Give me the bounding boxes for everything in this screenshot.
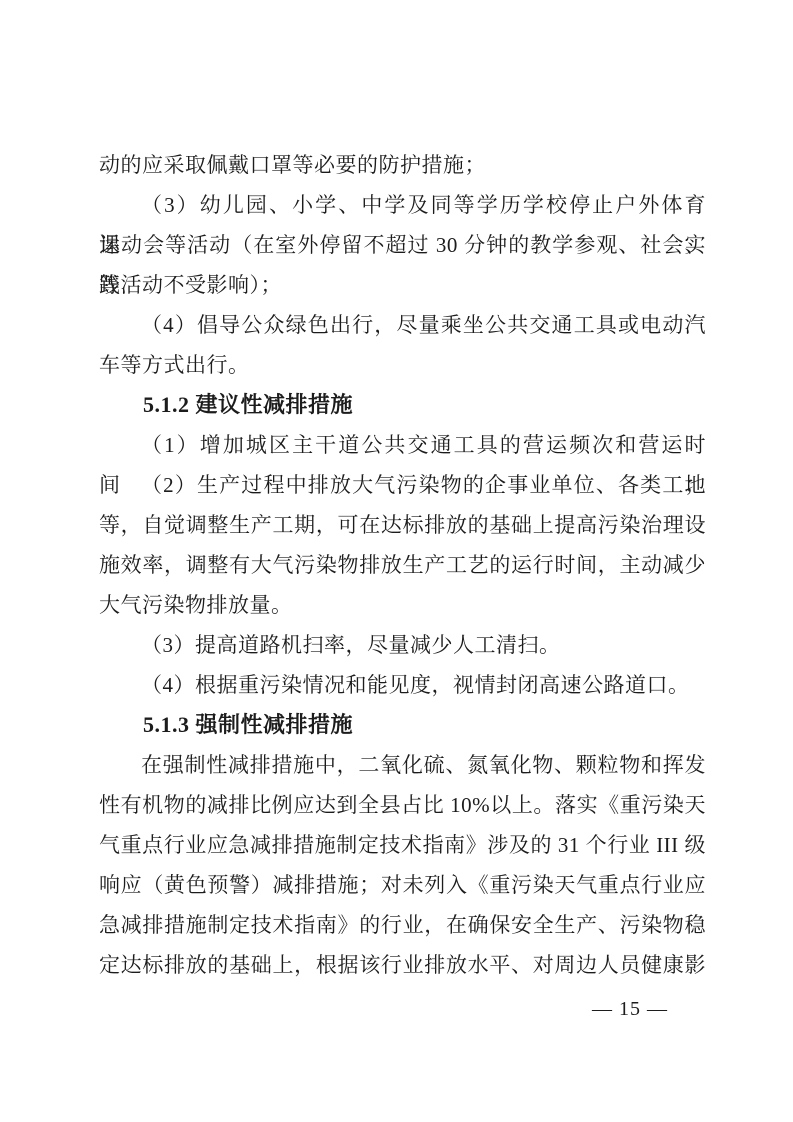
paragraph-line: （1）增加城区主干道公共交通工具的营运频次和营运时间； (99, 425, 706, 465)
document-page: 动的应采取佩戴口罩等必要的防护措施； （3）幼儿园、小学、中学及同等学历学校停止… (0, 0, 793, 1122)
paragraph-line: 等，自觉调整生产工期，可在达标排放的基础上提高污染治理设 (99, 505, 706, 545)
paragraph-line: （3）提高道路机扫率，尽量减少人工清扫。 (99, 625, 706, 665)
paragraph-line: 定达标排放的基础上，根据该行业排放水平、对周边人员健康影 (99, 945, 706, 985)
text-line-continuation: 动的应采取佩戴口罩等必要的防护措施； (99, 145, 706, 185)
paragraph-line: 响应（黄色预警）减排措施；对未列入《重污染天气重点行业应 (99, 865, 706, 905)
paragraph-line: （2）生产过程中排放大气污染物的企事业单位、各类工地 (99, 465, 706, 505)
paragraph-line: 施效率，调整有大气污染物排放生产工艺的运行时间，主动减少 (99, 545, 706, 585)
paragraph-line: 急减排措施制定技术指南》的行业，在确保安全生产、污染物稳 (99, 905, 706, 945)
section-heading-5-1-2: 5.1.2 建议性减排措施 (99, 385, 706, 425)
paragraph-line: 大气污染物排放量。 (99, 585, 706, 625)
page-number: — 15 — (592, 995, 668, 1023)
paragraph-line: 等活动不受影响）； (99, 265, 706, 305)
paragraph-line: （4）倡导公众绿色出行，尽量乘坐公共交通工具或电动汽 (99, 305, 706, 345)
paragraph-line: 运动会等活动（在室外停留不超过 30 分钟的教学参观、社会实践 (99, 225, 706, 265)
paragraph-line: 气重点行业应急减排措施制定技术指南》涉及的 31 个行业 III 级 (99, 825, 706, 865)
paragraph-line: 车等方式出行。 (99, 345, 706, 385)
paragraph-line: 在强制性减排措施中，二氧化硫、氮氧化物、颗粒物和挥发 (99, 745, 706, 785)
document-body: 动的应采取佩戴口罩等必要的防护措施； （3）幼儿园、小学、中学及同等学历学校停止… (99, 145, 706, 985)
paragraph-line: （4）根据重污染情况和能见度，视情封闭高速公路道口。 (99, 665, 706, 705)
section-heading-5-1-3: 5.1.3 强制性减排措施 (99, 705, 706, 745)
paragraph-line: （3）幼儿园、小学、中学及同等学历学校停止户外体育课、 (99, 185, 706, 225)
paragraph-line: 性有机物的减排比例应达到全县占比 10%以上。落实《重污染天 (99, 785, 706, 825)
